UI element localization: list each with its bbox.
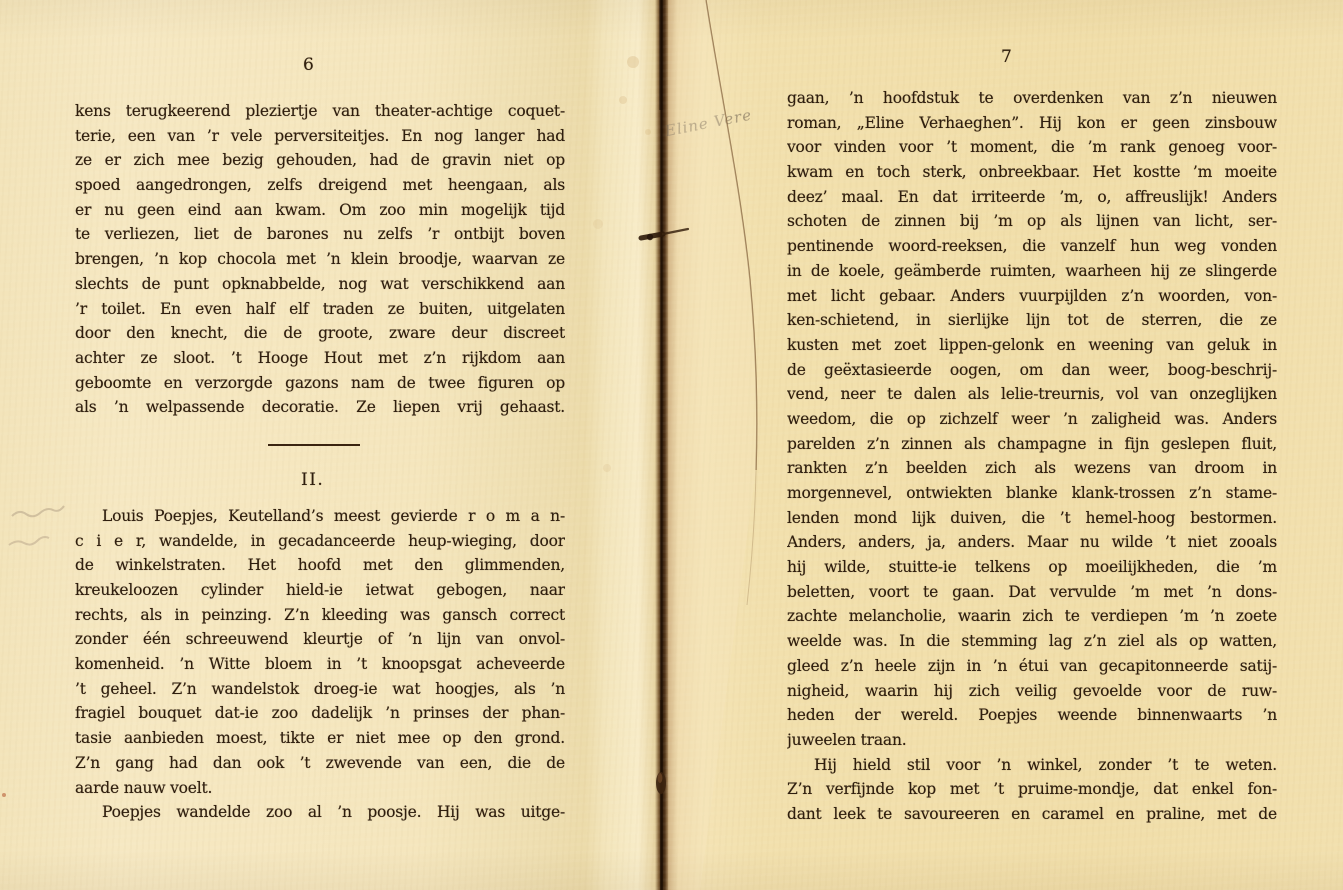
- text-line: brengen, ’n kop chocola met ’n klein bro…: [75, 247, 565, 272]
- text-line: deez’ maal. En dat irriteerde ’m, o, aff…: [787, 185, 1277, 210]
- text-line: te verliezen, liet de barones nu zelfs ’…: [75, 222, 565, 247]
- text-line: in de koele, geämberde ruimten, waarheen…: [787, 259, 1277, 284]
- page-number-left: 6: [303, 55, 314, 75]
- paragraph: gaan, ’n hoofdstuk te overdenken van z’n…: [787, 86, 1277, 753]
- text-line: ze er zich mee bezig gehouden, had de gr…: [75, 148, 565, 173]
- text-line: juweelen traan.: [787, 728, 1277, 753]
- text-line: roman, „Eline Verhaeghen”. Hij kon er ge…: [787, 111, 1277, 136]
- text-line: de winkelstraten. Het hoofd met den glim…: [75, 553, 565, 578]
- left-page-text: kens terugkeerend pleziertje van theater…: [75, 99, 565, 825]
- paragraph: Hij hield stil voor ’n winkel, zonder ’t…: [787, 753, 1277, 827]
- text-line: ken-schietend, in sierlijke lijn tot de …: [787, 308, 1277, 333]
- text-line: de geëxtasieerde oogen, om dan weer, boo…: [787, 358, 1277, 383]
- text-line: er nu geen eind aan kwam. Om zoo min mog…: [75, 198, 565, 223]
- paragraph: kens terugkeerend pleziertje van theater…: [75, 99, 565, 420]
- text-line: c i e r, wandelde, in gecadanceerde heup…: [75, 529, 565, 554]
- section-divider: [268, 444, 360, 446]
- paragraph: Poepjes wandelde zoo al ’n poosje. Hij w…: [75, 800, 565, 825]
- text-line: beletten, voort te gaan. Dat vervulde ’m…: [787, 580, 1277, 605]
- text-line: kwam en toch sterk, onbreekbaar. Het kos…: [787, 160, 1277, 185]
- text-line: ’r toilet. En even half elf traden ze bu…: [75, 297, 565, 322]
- text-line: als ’n welpassende decoratie. Ze liepen …: [75, 395, 565, 420]
- text-line: rechts, als in peinzing. Z’n kleeding wa…: [75, 603, 565, 628]
- text-line: dant leek te savoureeren en caramel en p…: [787, 802, 1277, 827]
- text-line: rankten z’n beelden zich als wezens van …: [787, 456, 1277, 481]
- page-number-right: 7: [1001, 47, 1012, 67]
- text-line: terie, een van ’r vele perversiteitjes. …: [75, 124, 565, 149]
- text-line: weelde was. In die stemming lag z’n ziel…: [787, 629, 1277, 654]
- text-line: zachte melancholie, waarin zich te verdi…: [787, 604, 1277, 629]
- text-line: hij wilde, stuitte-ie telkens op moeilij…: [787, 555, 1277, 580]
- text-line: achter ze sloot. ’t Hooge Hout met z’n r…: [75, 346, 565, 371]
- text-line: morgennevel, ontwiekten blanke klank-tro…: [787, 481, 1277, 506]
- text-line: met licht gebaar. Anders vuurpijlden z’n…: [787, 284, 1277, 309]
- text-line: voor vinden voor ’t moment, die ’m rank …: [787, 135, 1277, 160]
- text-line: gaan, ’n hoofdstuk te overdenken van z’n…: [787, 86, 1277, 111]
- text-line: weedom, die op zichzelf weer ’n zalighei…: [787, 407, 1277, 432]
- text-line: schoten de zinnen bij ’m op als lijnen v…: [787, 209, 1277, 234]
- text-line: kusten met zoet lippen-gelonk en weening…: [787, 333, 1277, 358]
- chapter-heading: II.: [301, 468, 565, 492]
- text-line: kreukeloozen cylinder hield-ie ietwat ge…: [75, 578, 565, 603]
- text-line: Louis Poepjes, Keutelland’s meest gevier…: [75, 504, 565, 529]
- text-line: door den knecht, die de groote, zware de…: [75, 321, 565, 346]
- text-line: Poepjes wandelde zoo al ’n poosje. Hij w…: [75, 800, 565, 825]
- text-line: vend, neer te dalen als lelie-treurnis, …: [787, 382, 1277, 407]
- paragraph: Louis Poepjes, Keutelland’s meest gevier…: [75, 504, 565, 800]
- text-line: Z’n gang had dan ook ’t zwevende van een…: [75, 751, 565, 776]
- text-line: gleed z’n heele zijn in ’n étui van geca…: [787, 654, 1277, 679]
- book-scan: 6 7 kens terugkeerend pleziertje van the…: [0, 0, 1343, 890]
- text-line: pentinende woord-reeksen, die vanzelf hu…: [787, 234, 1277, 259]
- text-line: lenden mond lijk duiven, die ’t hemel-ho…: [787, 506, 1277, 531]
- text-line: ’t geheel. Z’n wandelstok droeg-ie wat h…: [75, 677, 565, 702]
- text-line: aarde nauw voelt.: [75, 776, 565, 801]
- right-page-text: gaan, ’n hoofdstuk te overdenken van z’n…: [787, 86, 1277, 827]
- text-line: nigheid, waarin hij zich veilig gevoelde…: [787, 679, 1277, 704]
- text-line: Z’n verfijnde kop met ’t pruime-mondje, …: [787, 777, 1277, 802]
- text-line: parelden z’n zinnen als champagne in fij…: [787, 432, 1277, 457]
- text-line: Hij hield stil voor ’n winkel, zonder ’t…: [787, 753, 1277, 778]
- text-line: zonder één schreeuwend kleurtje of ’n li…: [75, 627, 565, 652]
- text-line: heden der wereld. Poepjes weende binnenw…: [787, 703, 1277, 728]
- text-line: slechts de punt opknabbelde, nog wat ver…: [75, 272, 565, 297]
- text-line: spoed aangedrongen, zelfs dreigend met h…: [75, 173, 565, 198]
- text-line: geboomte en verzorgde gazons nam de twee…: [75, 371, 565, 396]
- text-line: fragiel bouquet dat-ie zoo dadelijk ’n p…: [75, 701, 565, 726]
- text-line: Anders, anders, ja, anders. Maar nu wild…: [787, 530, 1277, 555]
- text-line: kens terugkeerend pleziertje van theater…: [75, 99, 565, 124]
- text-line: komenheid. ’n Witte bloem in ’t knoopsga…: [75, 652, 565, 677]
- text-line: tasie aanbieden moest, tikte er niet mee…: [75, 726, 565, 751]
